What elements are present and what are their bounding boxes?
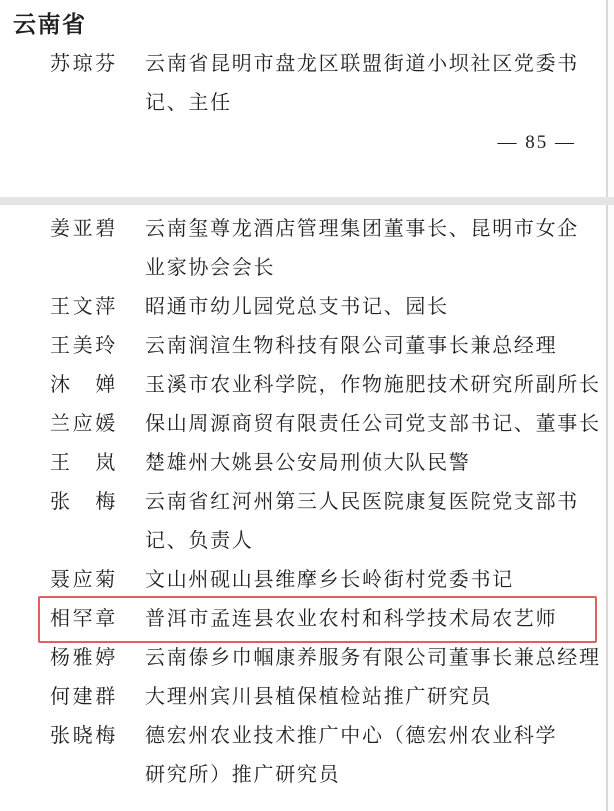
- person-name: 何建群: [50, 678, 145, 717]
- person-name: 王文萍: [50, 288, 145, 327]
- person-title: 文山州砚山县维摩乡长岭街村党委书记: [145, 561, 614, 600]
- person-name: 聂应菊: [50, 561, 145, 600]
- list-entry-highlighted: 相罕章 普洱市孟连县农业农村和科学技术局农艺师: [0, 600, 614, 639]
- list-entry: 王 岚 楚雄州大姚县公安局刑侦大队民警: [0, 444, 614, 483]
- list-entry: 兰应媛 保山周源商贸有限责任公司党支部书记、董事长: [0, 405, 614, 444]
- list-entry: 聂应菊 文山州砚山县维摩乡长岭街村党委书记: [0, 561, 614, 600]
- person-title: 普洱市孟连县农业农村和科学技术局农艺师: [145, 600, 614, 639]
- scanned-document-page: 云南省 苏琼芬 云南省昆明市盘龙区联盟街道小坝社区党委书 记、主任 — 85 —…: [0, 0, 614, 811]
- list-entry: 杨雅婷 云南傣乡巾帼康养服务有限公司董事长兼总经理: [0, 639, 614, 678]
- person-name: 兰应媛: [50, 405, 145, 444]
- person-title: 大理州宾川县植保植检站推广研究员: [145, 678, 614, 717]
- list-entry: 张晓梅 德宏州农业技术推广中心（德宏州农业科学 研究所）推广研究员: [0, 717, 614, 795]
- person-title: 德宏州农业技术推广中心（德宏州农业科学 研究所）推广研究员: [145, 717, 614, 795]
- list-entry: 何建群 大理州宾川县植保植检站推广研究员: [0, 678, 614, 717]
- list-entry: 苏琼芬 云南省昆明市盘龙区联盟街道小坝社区党委书 记、主任: [0, 45, 614, 123]
- list-entry: 王文萍 昭通市幼儿园党总支书记、园长: [0, 288, 614, 327]
- person-title: 楚雄州大姚县公安局刑侦大队民警: [145, 444, 614, 483]
- person-name: 相罕章: [50, 600, 145, 639]
- list-entry: 姜亚碧 云南玺尊龙酒店管理集团董事长、昆明市女企 业家协会会长: [0, 210, 614, 288]
- person-name: 姜亚碧: [50, 210, 145, 288]
- list-entry: 张 梅 云南省红河州第三人民医院康复医院党支部书 记、负责人: [0, 483, 614, 561]
- person-name: 王 岚: [50, 444, 145, 483]
- person-title: 云南省昆明市盘龙区联盟街道小坝社区党委书 记、主任: [145, 45, 614, 123]
- person-name: 杨雅婷: [50, 639, 145, 678]
- person-title: 云南傣乡巾帼康养服务有限公司董事长兼总经理: [145, 639, 614, 678]
- person-name: 张 梅: [50, 483, 145, 561]
- person-title: 玉溪市农业科学院，作物施肥技术研究所副所长: [145, 366, 614, 405]
- page-section-bottom: 姜亚碧 云南玺尊龙酒店管理集团董事长、昆明市女企 业家协会会长 王文萍 昭通市幼…: [0, 205, 614, 795]
- person-title: 云南省红河州第三人民医院康复医院党支部书 记、负责人: [145, 483, 614, 561]
- province-header: 云南省: [13, 10, 614, 40]
- person-name: 沐 婵: [50, 366, 145, 405]
- page-break-divider: [0, 197, 614, 205]
- person-name: 苏琼芬: [50, 45, 145, 123]
- page-section-top: 云南省 苏琼芬 云南省昆明市盘龙区联盟街道小坝社区党委书 记、主任 — 85 —: [0, 0, 614, 162]
- person-title: 昭通市幼儿园党总支书记、园长: [145, 288, 614, 327]
- person-name: 张晓梅: [50, 717, 145, 795]
- list-entry: 沐 婵 玉溪市农业科学院，作物施肥技术研究所副所长: [0, 366, 614, 405]
- person-name: 王美玲: [50, 327, 145, 366]
- page-number: — 85 —: [0, 123, 614, 162]
- person-title: 保山周源商贸有限责任公司党支部书记、董事长: [145, 405, 614, 444]
- person-title: 云南玺尊龙酒店管理集团董事长、昆明市女企 业家协会会长: [145, 210, 614, 288]
- list-entry: 王美玲 云南润渲生物科技有限公司董事长兼总经理: [0, 327, 614, 366]
- person-title: 云南润渲生物科技有限公司董事长兼总经理: [145, 327, 614, 366]
